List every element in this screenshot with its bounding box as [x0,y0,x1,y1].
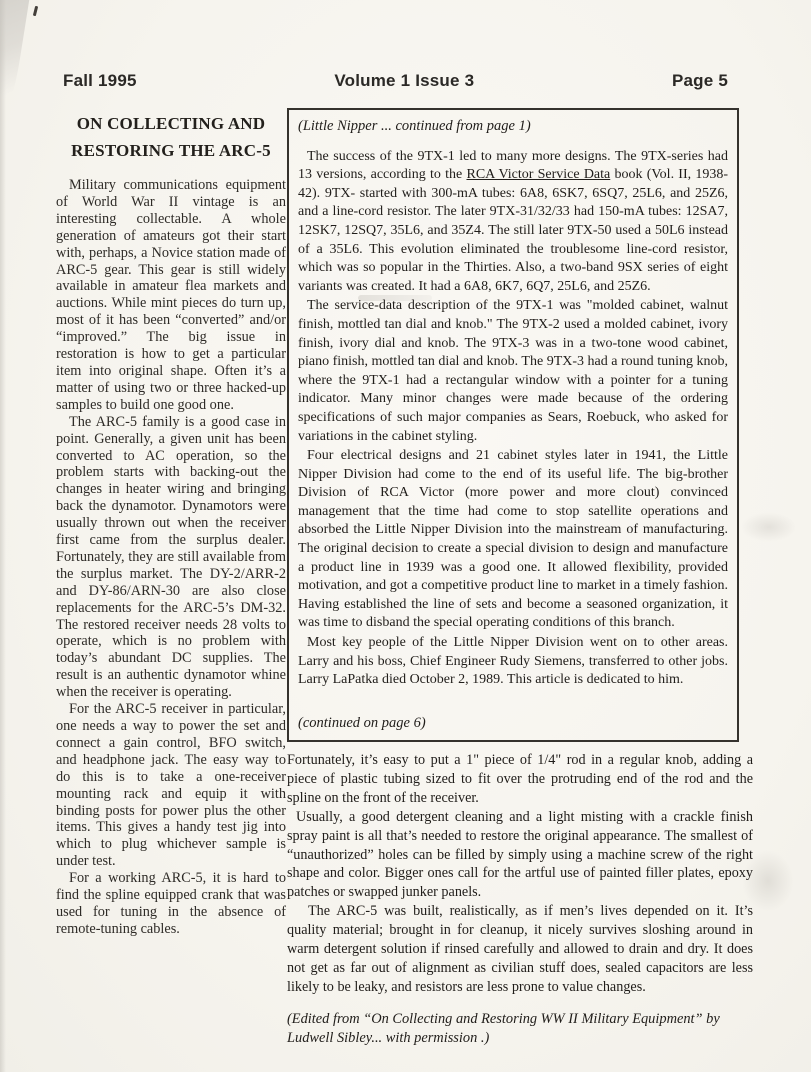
bottom-article-paragraph: Fortunately, it’s easy to put a 1" piece… [287,751,753,808]
scan-tick-mark [33,6,38,16]
bottom-article-continuation: Fortunately, it’s easy to put a 1" piece… [287,751,753,1048]
box-article-paragraph: The success of the 9TX-1 led to many mor… [298,148,728,297]
box-article-paragraph: Four electrical designs and 21 cabinet s… [298,447,728,633]
left-article-title-line2: RESTORING THE ARC-5 [56,137,286,164]
article-credit-note: (Edited from “On Collecting and Restorin… [287,1010,753,1048]
little-nipper-article-box: (Little Nipper ... continued from page 1… [287,108,739,742]
left-article-paragraph: For a working ARC-5, it is hard to find … [56,870,286,938]
scan-smudge-right-upper [741,512,797,542]
left-article: ON COLLECTING AND RESTORING THE ARC-5 Mi… [56,110,286,938]
underlined-book-title: RCA Victor Service Data [466,167,610,182]
left-article-title: ON COLLECTING AND RESTORING THE ARC-5 [56,110,286,164]
box-paragraph-text: book (Vol. II, 1938-42). 9TX- started wi… [298,167,728,294]
left-article-paragraph: Military communications equipment of Wor… [56,177,286,414]
masthead: Fall 1995 Volume 1 Issue 3 Page 5 [63,71,728,91]
newsletter-page: Fall 1995 Volume 1 Issue 3 Page 5 ON COL… [0,0,811,1072]
box-article-paragraph: Most key people of the Little Nipper Div… [298,634,728,690]
article-continued-on-footer: (continued on page 6) [298,714,426,733]
article-continued-from-header: (Little Nipper ... continued from page 1… [298,117,728,136]
bottom-article-paragraph: The ARC-5 was built, realistically, as i… [287,902,753,997]
left-article-paragraph: For the ARC-5 receiver in particular, on… [56,701,286,870]
masthead-issue-date: Fall 1995 [63,71,137,91]
left-article-title-line1: ON COLLECTING AND [56,110,286,137]
scan-edge-shadow [0,0,6,1072]
masthead-volume-issue: Volume 1 Issue 3 [334,71,474,91]
masthead-page-number: Page 5 [672,71,728,91]
bottom-article-paragraph: Usually, a good detergent cleaning and a… [287,808,753,903]
left-article-paragraph: The ARC-5 family is a good case in point… [56,414,286,701]
box-article-paragraph: The service-data description of the 9TX-… [298,297,728,446]
